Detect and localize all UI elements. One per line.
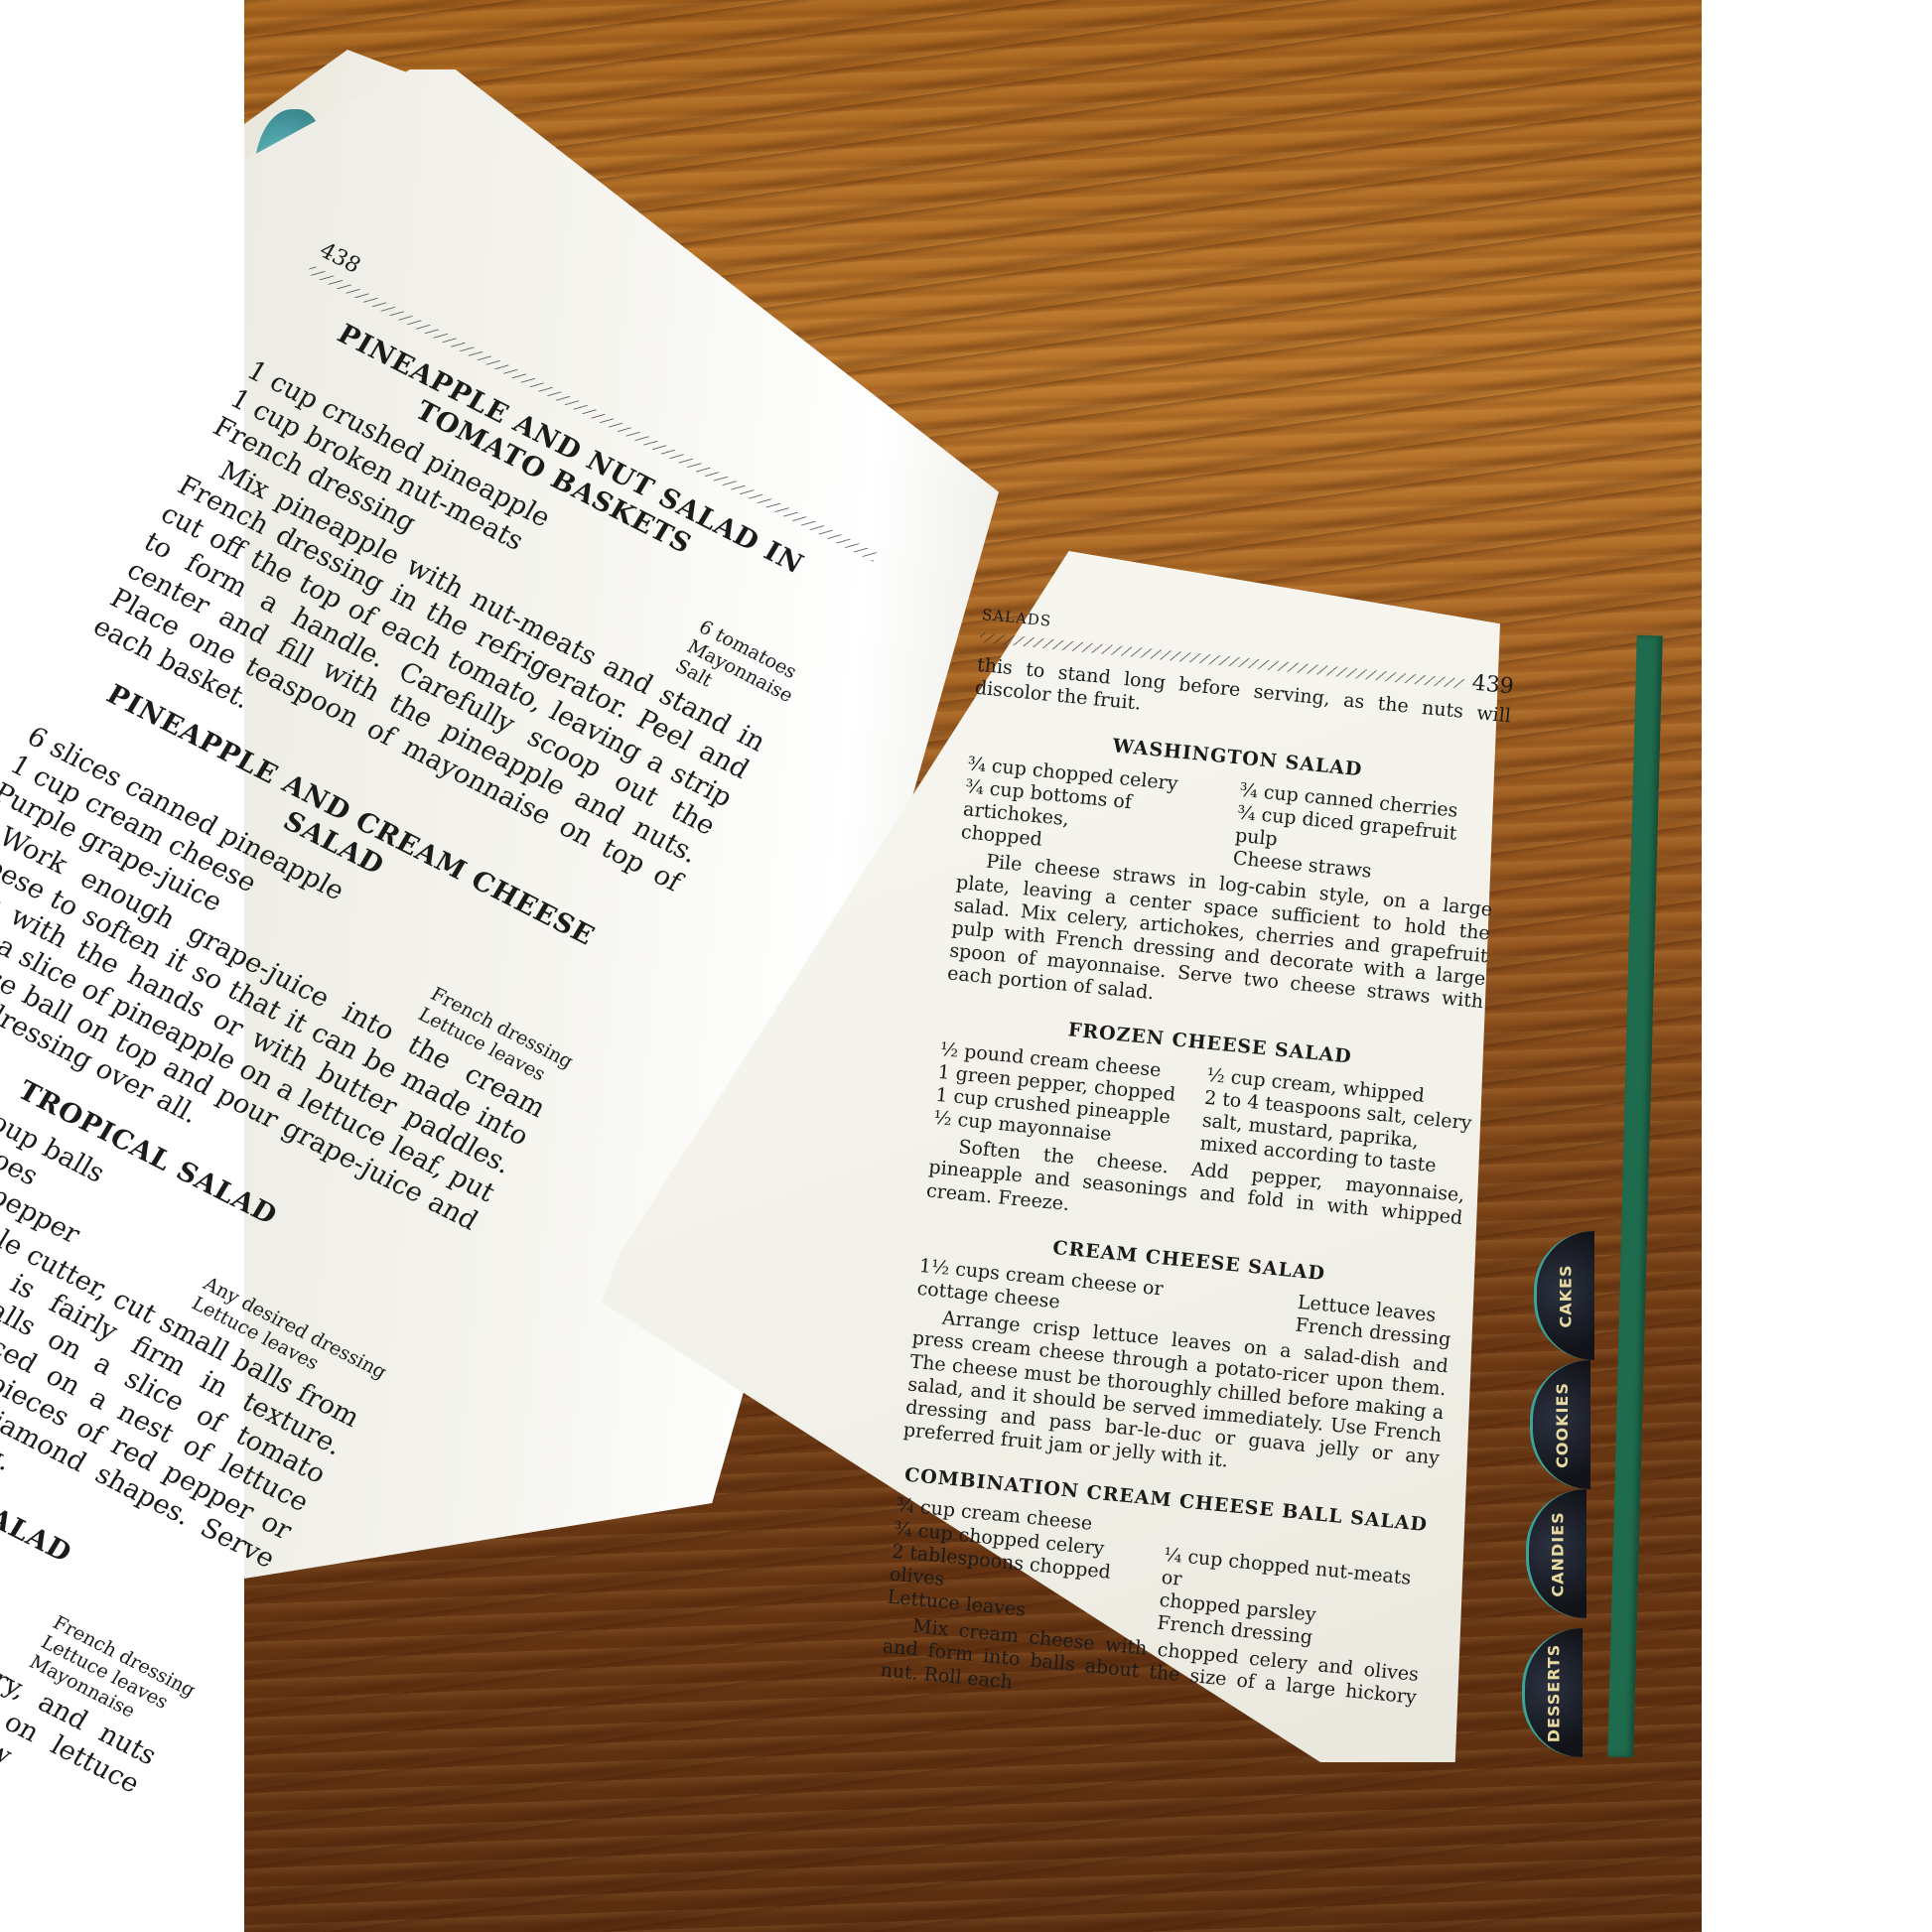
book-cover-edge <box>1607 635 1663 1757</box>
index-tab-label: CAKES <box>1557 1264 1576 1327</box>
recipe-block: FROZEN CHEESE SALAD½ pound cream cheese … <box>925 1007 1477 1253</box>
recipe-list: WASHINGTON SALAD¾ cup chopped celery ¾ c… <box>880 722 1506 1733</box>
index-tab-label: DESSERTS <box>1545 1643 1564 1742</box>
ingredients-left: ½ pound cream cheese 1 green pepper, cho… <box>932 1038 1178 1153</box>
page-number: 439 <box>1470 671 1514 702</box>
index-tab-label: COOKIES <box>1553 1382 1572 1468</box>
index-tab-label: CANDIES <box>1549 1511 1568 1596</box>
ingredients-left: ¾ cup cream cheese ¾ cup chopped celery … <box>887 1494 1168 1634</box>
right-page-text: SALADS 439 this to stand long before ser… <box>880 606 1517 1733</box>
recipe-block: WASHINGTON SALAD¾ cup chopped celery ¾ c… <box>946 722 1505 1036</box>
recipe-block: CREAM CHEESE SALAD1½ cups cream cheese o… <box>902 1224 1457 1493</box>
